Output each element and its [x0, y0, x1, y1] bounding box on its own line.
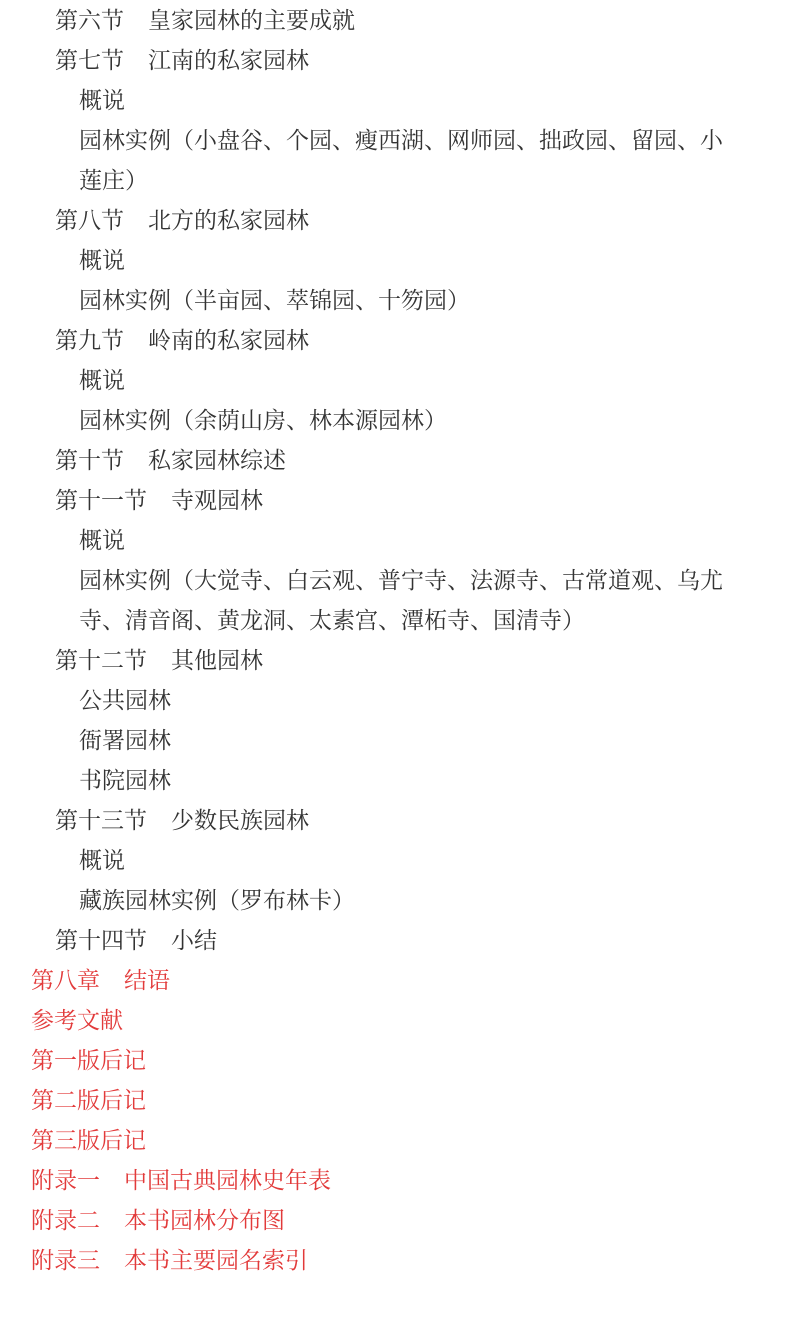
toc-title: 本书主要园名索引 [124, 1248, 308, 1274]
toc-section: 第八节北方的私家园林 [0, 201, 790, 241]
toc-title: 北方的私家园林 [148, 208, 309, 234]
toc-title: 莲庄） [79, 168, 148, 194]
toc-subitem: 概说 [0, 241, 790, 281]
toc-title: 少数民族园林 [171, 808, 309, 834]
toc-label: 第十三节 [55, 808, 147, 834]
toc-title: 参考文献 [31, 1008, 123, 1034]
toc-title: 第二版后记 [31, 1088, 146, 1114]
toc-title: 皇家园林的主要成就 [148, 8, 355, 34]
toc-title: 概说 [79, 528, 125, 554]
toc-section: 第十一节寺观园林 [0, 481, 790, 521]
toc-title: 寺观园林 [171, 488, 263, 514]
toc-subitem: 概说 [0, 521, 790, 561]
toc-title: 私家园林综述 [148, 448, 286, 474]
toc-title: 小结 [171, 928, 217, 954]
toc-link[interactable]: 第一版后记 [0, 1041, 790, 1081]
toc-label: 附录三 [31, 1248, 100, 1274]
toc-subitem: 园林实例（小盘谷、个园、瘦西湖、网师园、拙政园、留园、小 [0, 121, 790, 161]
toc-title: 藏族园林实例（罗布林卡） [79, 888, 355, 914]
toc-link[interactable]: 第三版后记 [0, 1121, 790, 1161]
toc-label: 第十节 [55, 448, 124, 474]
toc-label: 附录二 [31, 1208, 100, 1234]
toc-label: 第十四节 [55, 928, 147, 954]
toc-title: 寺、清音阁、黄龙洞、太素宫、潭柘寺、国清寺） [79, 608, 585, 634]
toc-title: 衙署园林 [79, 728, 171, 754]
toc-subitem: 概说 [0, 81, 790, 121]
toc-label: 第八节 [55, 208, 124, 234]
toc-section: 第十三节少数民族园林 [0, 801, 790, 841]
toc-section: 第七节江南的私家园林 [0, 41, 790, 81]
toc-section: 第九节岭南的私家园林 [0, 321, 790, 361]
toc-title: 园林实例（余荫山房、林本源园林） [79, 408, 447, 434]
toc-label: 第十二节 [55, 648, 147, 674]
toc-label: 第七节 [55, 48, 124, 74]
toc-subitem: 概说 [0, 841, 790, 881]
toc-subitem: 概说 [0, 361, 790, 401]
toc-subitem: 藏族园林实例（罗布林卡） [0, 881, 790, 921]
toc-label: 附录一 [31, 1168, 100, 1194]
toc-title: 概说 [79, 848, 125, 874]
toc-title: 公共园林 [79, 688, 171, 714]
toc-link[interactable]: 第二版后记 [0, 1081, 790, 1121]
toc-section: 第十二节其他园林 [0, 641, 790, 681]
toc-label: 第六节 [55, 8, 124, 34]
toc-subitem: 公共园林 [0, 681, 790, 721]
toc-link[interactable]: 附录三本书主要园名索引 [0, 1241, 790, 1281]
toc-subitem: 园林实例（半亩园、萃锦园、十笏园） [0, 281, 790, 321]
toc-subitem: 园林实例（余荫山房、林本源园林） [0, 401, 790, 441]
toc-title: 书院园林 [79, 768, 171, 794]
toc-title: 其他园林 [171, 648, 263, 674]
toc-subitem: 书院园林 [0, 761, 790, 801]
toc-subitem: 衙署园林 [0, 721, 790, 761]
toc-title: 岭南的私家园林 [148, 328, 309, 354]
toc-title: 概说 [79, 88, 125, 114]
toc-title: 江南的私家园林 [148, 48, 309, 74]
toc-link[interactable]: 参考文献 [0, 1001, 790, 1041]
table-of-contents: 第六节皇家园林的主要成就第七节江南的私家园林概说园林实例（小盘谷、个园、瘦西湖、… [0, 1, 790, 1281]
toc-title: 概说 [79, 248, 125, 274]
toc-title: 第一版后记 [31, 1048, 146, 1074]
toc-title: 中国古典园林史年表 [124, 1168, 331, 1194]
toc-subitem: 寺、清音阁、黄龙洞、太素宫、潭柘寺、国清寺） [0, 601, 790, 641]
toc-label: 第八章 [31, 968, 100, 994]
toc-title: 本书园林分布图 [124, 1208, 285, 1234]
toc-title: 结语 [124, 968, 170, 994]
toc-section: 第十节私家园林综述 [0, 441, 790, 481]
toc-label: 第十一节 [55, 488, 147, 514]
toc-link[interactable]: 第八章结语 [0, 961, 790, 1001]
toc-link[interactable]: 附录二本书园林分布图 [0, 1201, 790, 1241]
toc-section: 第十四节小结 [0, 921, 790, 961]
toc-title: 概说 [79, 368, 125, 394]
toc-title: 第三版后记 [31, 1128, 146, 1154]
toc-label: 第九节 [55, 328, 124, 354]
toc-subitem: 莲庄） [0, 161, 790, 201]
toc-title: 园林实例（半亩园、萃锦园、十笏园） [79, 288, 470, 314]
toc-title: 园林实例（小盘谷、个园、瘦西湖、网师园、拙政园、留园、小 [79, 128, 723, 154]
toc-section: 第六节皇家园林的主要成就 [0, 1, 790, 41]
toc-title: 园林实例（大觉寺、白云观、普宁寺、法源寺、古常道观、乌尤 [79, 568, 723, 594]
toc-link[interactable]: 附录一中国古典园林史年表 [0, 1161, 790, 1201]
toc-subitem: 园林实例（大觉寺、白云观、普宁寺、法源寺、古常道观、乌尤 [0, 561, 790, 601]
